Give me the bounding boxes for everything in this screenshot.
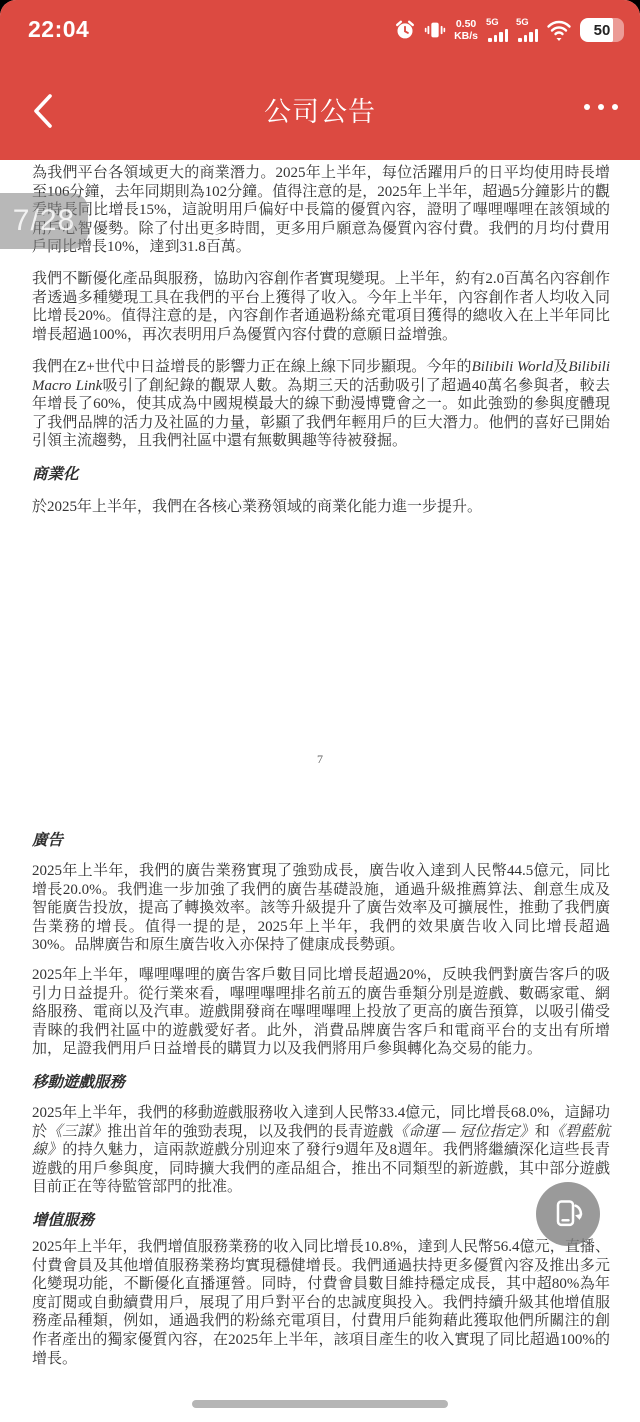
- network-speed: 0.50 KB/s: [454, 18, 478, 42]
- text-segment: 及: [553, 359, 568, 375]
- sim2-network-type: 5G: [516, 18, 529, 28]
- rotate-screen-button[interactable]: [536, 1182, 600, 1246]
- page-title: 公司公告: [0, 90, 640, 129]
- clock-time: 22:04: [28, 16, 89, 43]
- document-viewport[interactable]: 為我們平台各領域更大的商業潛力。2025年上半年，每位活躍用戶的日平均使用時長增…: [0, 160, 640, 1422]
- battery-percentage: 50: [580, 18, 624, 42]
- heading-mobile-games: 移動遊戲服務: [32, 1070, 125, 1092]
- pdf-page-number: 7: [0, 752, 640, 767]
- paragraph-ad-revenue: 2025年上半年，我們的廣告業務實現了強勁成長，廣告收入達到人民幣44.5億元，…: [32, 862, 610, 955]
- paragraph-value-added-services: 2025年上半年，我們增值服務業務的收入同比增長10.8%，達到人民幣56.4億…: [32, 1238, 610, 1368]
- signal-bars-icon: [518, 29, 538, 42]
- page-indicator-toast: 7/28: [0, 193, 88, 249]
- paragraph-genz-events: 我們在Z+世代中日益增長的影響力正在線上線下同步顯現。今年的Bilibili W…: [32, 358, 610, 451]
- alarm-clock-icon: [394, 19, 416, 41]
- signal-bars-icon: [488, 29, 508, 42]
- game-title-italic: 《三謀》: [47, 1124, 107, 1140]
- sim2-signal: 5G: [516, 18, 538, 43]
- heading-commercialization: 商業化: [32, 462, 79, 484]
- heading-value-added-services: 增值服務: [32, 1208, 94, 1230]
- paragraph-creators: 我們不斷優化產品與服務，協助內容創作者實現變現。上半年，約有2.0百萬名內容創作…: [32, 270, 610, 344]
- text-segment: 推出首年的強勁表現，以及我們的長青遊戲: [107, 1124, 393, 1140]
- text-segment: 和: [535, 1124, 550, 1140]
- sim1-network-type: 5G: [486, 18, 499, 28]
- battery-icon: 50: [580, 18, 624, 42]
- paragraph-commercialization: 於2025年上半年，我們在各核心業務領域的商業化能力進一步提升。: [32, 498, 610, 517]
- game-title-italic: 《命運 — 冠位指定》: [393, 1124, 534, 1140]
- rotate-screen-icon: [548, 1194, 588, 1234]
- heading-advertising: 廣告: [32, 828, 63, 850]
- text-segment: 的持久魅力，這兩款遊戲分別迎來了發行9週年及8週年。我們將繼續深化這些長青遊戲的…: [32, 1142, 610, 1195]
- paragraph-engagement: 為我們平台各領域更大的商業潛力。2025年上半年，每位活躍用戶的日平均使用時長增…: [32, 164, 610, 257]
- event-name-italic: Bilibili World: [472, 359, 554, 375]
- network-speed-value: 0.50: [456, 18, 476, 30]
- nav-bar: 公司公告: [0, 60, 640, 160]
- phone-screen: 22:04 0.50 KB/s 5G: [0, 0, 640, 1422]
- home-indicator[interactable]: [192, 1400, 448, 1408]
- paragraph-mobile-games: 2025年上半年，我們的移動遊戲服務收入達到人民幣33.4億元，同比增長68.0…: [32, 1104, 610, 1197]
- text-segment: 吸引了創紀錄的觀眾人數。為期三天的活動吸引了超過40萬名參與者，較去年增長了60…: [32, 378, 610, 450]
- more-menu-button[interactable]: [584, 104, 618, 110]
- status-bar: 22:04 0.50 KB/s 5G: [0, 0, 640, 60]
- network-speed-unit: KB/s: [454, 30, 478, 42]
- vibrate-icon: [424, 19, 446, 41]
- paragraph-ad-customers: 2025年上半年，嗶哩嗶哩的廣告客戶數目同比增長超過20%，反映我們對廣告客戶的…: [32, 966, 610, 1059]
- sim1-signal: 5G: [486, 18, 508, 43]
- wifi-icon: [546, 18, 572, 42]
- text-segment: 我們在Z+世代中日益增長的影響力正在線上線下同步顯現。今年的: [32, 359, 472, 375]
- status-icons: 0.50 KB/s 5G 5G 50: [394, 13, 624, 47]
